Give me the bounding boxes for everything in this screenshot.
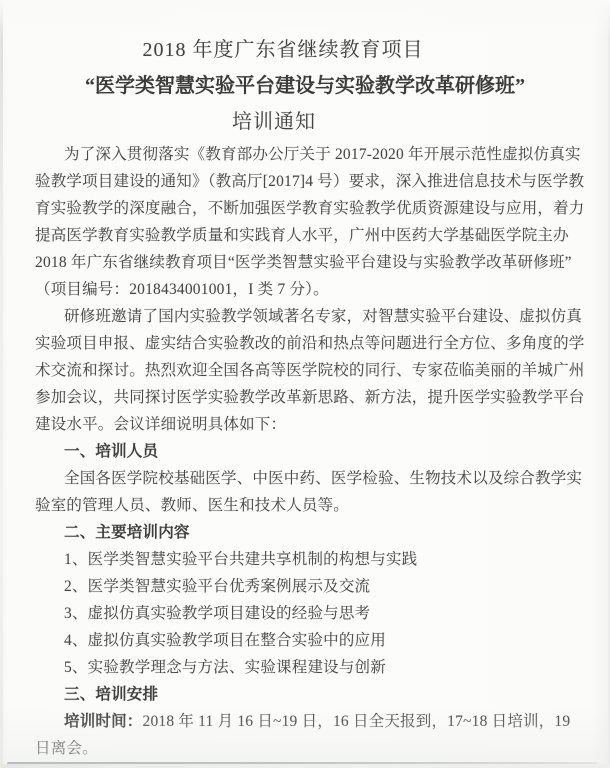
training-content-item: 4、虚拟仿真实验教学项目在整合实验中的应用 (35, 627, 577, 654)
schedule-time-value: 2018 年 11 月 16 日~19 日，16 日全天报到，17~18 日培训… (143, 713, 571, 730)
trainees-line: 全国各医学院校基础医学、中医中药、医学检验、生物技术以及综合教学实 (35, 465, 577, 492)
intro-line: 为了深入贯彻落实《教育部办公厅关于 2017-2020 年开展示范性虚拟仿真实 (35, 141, 577, 168)
trainees-line: 验室的管理人员、教师、医生和技术人员等。 (35, 492, 577, 519)
schedule-line: 培训时间：2018 年 11 月 16 日~19 日，16 日全天报到，17~1… (35, 708, 577, 735)
intro-line-project-number: （项目编号：2018434001001，I 类 7 分）。 (35, 276, 577, 303)
document-title-notice: 培训通知 (3, 110, 545, 134)
schedule-time-label: 培训时间： (64, 713, 143, 730)
document-body: 为了深入贯彻落实《教育部办公厅关于 2017-2020 年开展示范性虚拟仿真实 … (35, 141, 577, 762)
training-content-item: 2、医学类智慧实验平台优秀案例展示及交流 (35, 573, 577, 600)
scan-bottom-margin (0, 764, 610, 768)
invitation-line: 参加会议，共同探讨医学实验教学改革新思路、新方法，提升医学实验教学平台 (35, 384, 577, 411)
section-heading-trainees: 一、培训人员 (35, 438, 577, 465)
training-content-item: 1、医学类智慧实验平台共建共享机制的构想与实践 (35, 546, 577, 573)
invitation-line: 实验项目申报、虚实结合实验教改的前沿和热点等问题进行全方位、多角度的学 (35, 330, 577, 357)
invitation-line: 建设水平。会议详细说明具体如下： (35, 411, 577, 438)
section-heading-training-schedule: 三、培训安排 (35, 681, 577, 708)
document-title-course-name: “医学类智慧实验平台建设与实验教学改革研修班” (34, 74, 576, 98)
document-content: 2018 年度广东省继续教育项目 “医学类智慧实验平台建设与实验教学改革研修班”… (35, 0, 577, 762)
section-heading-training-content: 二、主要培训内容 (35, 519, 577, 546)
invitation-line: 术交流和探讨。热烈欢迎全国各高等医学院校的同行、专家莅临美丽的羊城广州 (35, 357, 577, 384)
scanned-notice-page: 2018 年度广东省继续教育项目 “医学类智慧实验平台建设与实验教学改革研修班”… (0, 0, 610, 768)
intro-line: 验教学项目建设的通知》（教高厅[2017]4 号）要求，深入推进信息技术与医学教 (35, 168, 577, 195)
intro-line: 提高医学教育实验教学质量和实践育人水平，广州中医药大学基础医学院主办 (35, 222, 577, 249)
intro-line: 育实验教学的深度融合，不断加强医学教育实验教学优质资源建设与应用，着力 (35, 195, 577, 222)
invitation-line: 研修班邀请了国内实验教学领域著名专家，对智慧实验平台建设、虚拟仿真 (35, 303, 577, 330)
document-title-project-year: 2018 年度广东省继续教育项目 (12, 38, 554, 62)
scan-left-edge-artifact (0, 0, 3, 768)
training-content-item: 5、实验教学理念与方法、实验课程建设与创新 (35, 654, 577, 681)
intro-line: 2018 年广东省继续教育项目“医学类智慧实验平台建设与实验教学改革研修班” (35, 249, 577, 276)
schedule-line-continued: 日离会。 (35, 735, 577, 762)
training-content-item: 3、虚拟仿真实验教学项目建设的经验与思考 (35, 600, 577, 627)
